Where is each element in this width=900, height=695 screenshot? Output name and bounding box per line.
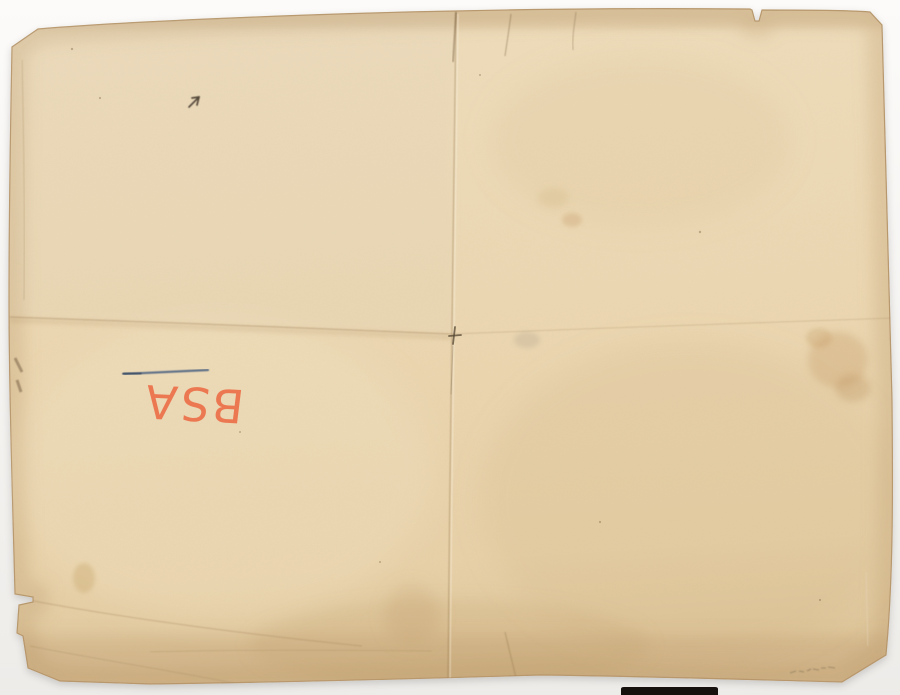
paper-grain-texture [0,0,900,695]
paper-surface-detail: BSA [0,0,900,695]
photographed-paper-verso: BSA [0,0,900,695]
photo-canvas: BSA [0,0,900,695]
black-color-bar [621,687,718,695]
